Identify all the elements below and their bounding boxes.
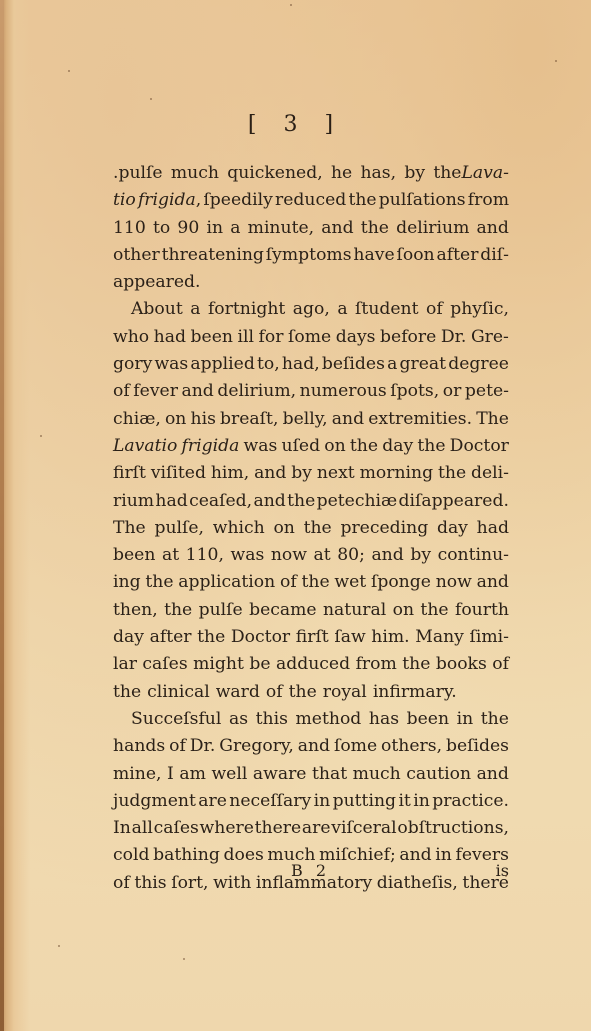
text-line: then,thepulſebecamenaturalonthefourth [113, 597, 509, 624]
word: ſymptoms [266, 242, 352, 269]
word: firſt [113, 460, 146, 487]
word: others, [381, 733, 442, 760]
word: the [304, 515, 332, 542]
paper-speck [290, 4, 292, 6]
word: the [481, 706, 509, 733]
word: the [164, 597, 192, 624]
word: had [477, 515, 509, 542]
word: petechiæ [317, 488, 398, 515]
word: been [191, 324, 233, 351]
word: this [256, 706, 288, 733]
word: infirmary. [373, 679, 457, 706]
text-line: theclinicalwardoftheroyalinfirmary. [113, 679, 509, 706]
word: then, [113, 597, 158, 624]
word: obſtructions, [397, 815, 509, 842]
text-line: chiæ,onhisbreaſt,belly,andextremities.Th… [113, 406, 509, 433]
word: on [324, 433, 345, 460]
word: has, [360, 160, 396, 187]
word: fortnight [208, 296, 285, 323]
word: chiæ, [113, 406, 161, 433]
word: hands [113, 733, 165, 760]
word: might [193, 651, 244, 678]
word: and [477, 569, 509, 596]
word: royal [323, 679, 367, 706]
word: Gre- [471, 324, 509, 351]
text-line: handsofDr.Gregory,andſomeothers,beſides [113, 733, 509, 760]
word: well [211, 761, 247, 788]
word: the [301, 569, 329, 596]
word: diſappeared. [399, 488, 509, 515]
text-line: dayaftertheDoctorfirſtſawhim.Manyſimi- [113, 624, 509, 651]
word: beſides [446, 733, 509, 760]
word: applied [190, 351, 254, 378]
word: of [280, 569, 297, 596]
word: theLava- [433, 160, 509, 187]
word: and [181, 378, 213, 405]
word: and [254, 460, 286, 487]
word: tio [113, 187, 136, 214]
word: or [443, 378, 462, 405]
word: other [113, 242, 160, 269]
word: ſpeedily [203, 187, 272, 214]
paper-speck [505, 875, 507, 877]
word: in [314, 788, 331, 815]
word: The [113, 515, 146, 542]
word: caſes [142, 651, 187, 678]
word: much [171, 160, 219, 187]
word: the [417, 433, 445, 460]
word: was [154, 351, 188, 378]
word: the [361, 215, 389, 242]
word: aware [253, 761, 307, 788]
word: and [253, 488, 285, 515]
word: much [353, 761, 401, 788]
word: now [271, 542, 307, 569]
word: threatening [162, 242, 264, 269]
word: the [402, 651, 430, 678]
word: viſceral [331, 815, 396, 842]
word: was [231, 542, 265, 569]
word: the [289, 679, 317, 706]
word: him, [211, 460, 249, 487]
word: natural [323, 597, 386, 624]
word: The [476, 406, 509, 433]
paper-speck [58, 945, 60, 947]
word: ſtudent [355, 296, 419, 323]
catchword: is [496, 861, 509, 880]
word: .pulſe [113, 160, 163, 187]
word: after [437, 242, 479, 269]
word: deli- [471, 460, 509, 487]
word: that [312, 761, 347, 788]
text-line: LavatiofrigidawasuſedonthedaytheDoctor [113, 433, 509, 460]
word: at [314, 542, 331, 569]
page-number-header: [ 3 ] [0, 112, 591, 137]
text-line: mine,Iamwellawarethatmuchcautionand [113, 761, 509, 788]
word: Many [415, 624, 464, 651]
word: and [332, 406, 364, 433]
page-footer: B 2 is [113, 861, 509, 885]
word: application [178, 569, 275, 596]
word: where [200, 815, 254, 842]
text-line: ingtheapplicationofthewetſpongenowand [113, 569, 509, 596]
word: be [249, 651, 270, 678]
word: diſ- [480, 242, 509, 269]
word: by [410, 542, 431, 569]
word: About [131, 296, 183, 323]
word: ago, [293, 296, 330, 323]
word: viſited [151, 460, 206, 487]
word: before [380, 324, 436, 351]
word: Dr. [190, 733, 216, 760]
word: of [426, 296, 443, 323]
word: great [399, 351, 446, 378]
word: has [369, 706, 399, 733]
word: lar [113, 651, 137, 678]
word: morning [360, 460, 434, 487]
word: a [190, 296, 200, 323]
book-spine-shadow [0, 0, 4, 1031]
word: after [150, 624, 192, 651]
body-text: .pulſemuchquickened,hehas,bytheLava-tiof… [113, 160, 509, 897]
word: him. [371, 624, 409, 651]
word: Doctor [450, 433, 509, 460]
word: a [230, 215, 240, 242]
word: preceding [340, 515, 428, 542]
word: had, [282, 351, 320, 378]
word: judgment [113, 788, 196, 815]
word: continu- [438, 542, 509, 569]
word: rium [113, 488, 154, 515]
word: appeared. [113, 269, 201, 296]
word: next [317, 460, 355, 487]
word: numerous [300, 378, 387, 405]
word: was [244, 433, 278, 460]
word: ſome [334, 733, 377, 760]
word: the [348, 187, 376, 214]
paper-speck [40, 435, 42, 437]
paper-speck [183, 958, 185, 960]
word: and [371, 542, 403, 569]
word: at [162, 542, 179, 569]
word: uſed [282, 433, 321, 460]
word: who [113, 324, 149, 351]
text-line: firſtviſitedhim,andbynextmorningthedeli- [113, 460, 509, 487]
word: in [206, 215, 223, 242]
text-line: beenat110,wasnowat80;andbycontinu- [113, 542, 509, 569]
word: and [298, 733, 330, 760]
paper-speck [150, 98, 152, 100]
text-line: larcaſesmightbeadducedfromthebooksof [113, 651, 509, 678]
word: delirium [396, 215, 469, 242]
word: had [155, 488, 187, 515]
word: the [197, 624, 225, 651]
word: ſimi- [470, 624, 509, 651]
word: firſt [296, 624, 329, 651]
word: quickened, [227, 160, 323, 187]
word: for [259, 324, 284, 351]
text-line: .pulſemuchquickened,hehas,bytheLava- [113, 160, 509, 187]
word: ceaſed, [189, 488, 252, 515]
text-line: Aboutafortnightago,aſtudentofphyſic, [113, 296, 509, 323]
word: neceſſary [229, 788, 311, 815]
word: are [198, 788, 227, 815]
word: mine, [113, 761, 162, 788]
word: caſes [154, 815, 199, 842]
word: phyſic, [450, 296, 509, 323]
word: pete- [465, 378, 509, 405]
word: method [296, 706, 362, 733]
word: the [145, 569, 173, 596]
word: have [353, 242, 394, 269]
text-line: Inallcaſeswherethereareviſceralobſtructi… [113, 815, 509, 842]
word: gory [113, 351, 152, 378]
word: all [132, 815, 153, 842]
word: a [387, 351, 397, 378]
word: pulſe, [154, 515, 204, 542]
text-line: Succeſsfulasthismethodhasbeeninthe [113, 706, 509, 733]
word: days [336, 324, 376, 351]
word: he [331, 160, 352, 187]
word: fever [133, 378, 178, 405]
word: from [356, 651, 397, 678]
text-line: offeveranddelirium,numerousſpots,orpete- [113, 378, 509, 405]
word: and [321, 215, 353, 242]
word: it [398, 788, 410, 815]
paper-speck [555, 60, 557, 62]
word: wet [334, 569, 366, 596]
word: ſpots, [390, 378, 439, 405]
word: Gregory, [219, 733, 294, 760]
word: are [302, 815, 331, 842]
word: as [229, 706, 248, 733]
word: extremities. [368, 406, 472, 433]
word: belly, [283, 406, 328, 433]
word: the [350, 433, 378, 460]
word: of [266, 679, 283, 706]
word: caution [406, 761, 471, 788]
word: clinical [147, 679, 210, 706]
text-line: judgmentareneceſſaryinputtingitinpractic… [113, 788, 509, 815]
paper-speck [68, 70, 70, 72]
word: pulſe [199, 597, 243, 624]
word: on [393, 597, 414, 624]
word: by [291, 460, 312, 487]
word: there [255, 815, 302, 842]
word: now [436, 569, 472, 596]
word: ſaw [334, 624, 365, 651]
word: fourth [455, 597, 509, 624]
word: 110, [186, 542, 224, 569]
word: to, [257, 351, 280, 378]
word: Lavatio [113, 433, 177, 460]
word: am [179, 761, 206, 788]
word: In [113, 815, 131, 842]
word: been [113, 542, 155, 569]
word: from [468, 187, 509, 214]
word: ward [216, 679, 260, 706]
word: delirium, [217, 378, 296, 405]
word: his [191, 406, 216, 433]
word: frigida [182, 433, 240, 460]
text-line: whohadbeenillforſomedaysbeforeDr.Gre- [113, 324, 509, 351]
word: on [165, 406, 186, 433]
word: putting [333, 788, 396, 815]
word: day [382, 433, 413, 460]
word: of [169, 733, 186, 760]
word: of [113, 378, 130, 405]
word: Succeſsful [131, 706, 221, 733]
word: the [438, 460, 466, 487]
word: Doctor [231, 624, 290, 651]
word: which [213, 515, 265, 542]
word: ſponge [371, 569, 431, 596]
text-line: appeared. [113, 269, 509, 296]
word: by [404, 160, 425, 187]
word: and [477, 761, 509, 788]
word: frigida, [138, 187, 201, 214]
word: been [407, 706, 449, 733]
word: to [153, 215, 170, 242]
word: minute, [248, 215, 314, 242]
signature-mark: B 2 [291, 861, 330, 880]
word: I [167, 761, 174, 788]
word: degree [448, 351, 509, 378]
word: and [477, 215, 509, 242]
text-line: Thepulſe,whichontheprecedingdayhad [113, 515, 509, 542]
text-line: tiofrigida,ſpeedilyreducedthepulſationsf… [113, 187, 509, 214]
text-line: riumhadceaſed,andthepetechiædiſappeared. [113, 488, 509, 515]
word: Dr. [441, 324, 467, 351]
word: ſome [288, 324, 331, 351]
word: ing [113, 569, 141, 596]
word: in [413, 788, 430, 815]
word: ill [237, 324, 254, 351]
word: day [113, 624, 144, 651]
word: had [154, 324, 186, 351]
word: beſides [322, 351, 385, 378]
word: on [273, 515, 294, 542]
word: of [492, 651, 509, 678]
word: day [437, 515, 468, 542]
text-line: otherthreateningſymptomshaveſoonafterdiſ… [113, 242, 509, 269]
word: pulſations [379, 187, 466, 214]
word: 90 [177, 215, 199, 242]
word: 80; [337, 542, 365, 569]
word: the [113, 679, 141, 706]
word: ſoon [397, 242, 435, 269]
word: reduced [275, 187, 346, 214]
word: the [420, 597, 448, 624]
word: books [436, 651, 487, 678]
text-line: 110to90inaminute,andthedeliriumand [113, 215, 509, 242]
word: a [337, 296, 347, 323]
word: became [249, 597, 317, 624]
word: 110 [113, 215, 146, 242]
word: the [287, 488, 315, 515]
text-line: gorywasappliedto,had,beſidesagreatdegree [113, 351, 509, 378]
word: practice. [432, 788, 509, 815]
word: adduced [276, 651, 350, 678]
word: in [457, 706, 474, 733]
word: breaſt, [220, 406, 278, 433]
